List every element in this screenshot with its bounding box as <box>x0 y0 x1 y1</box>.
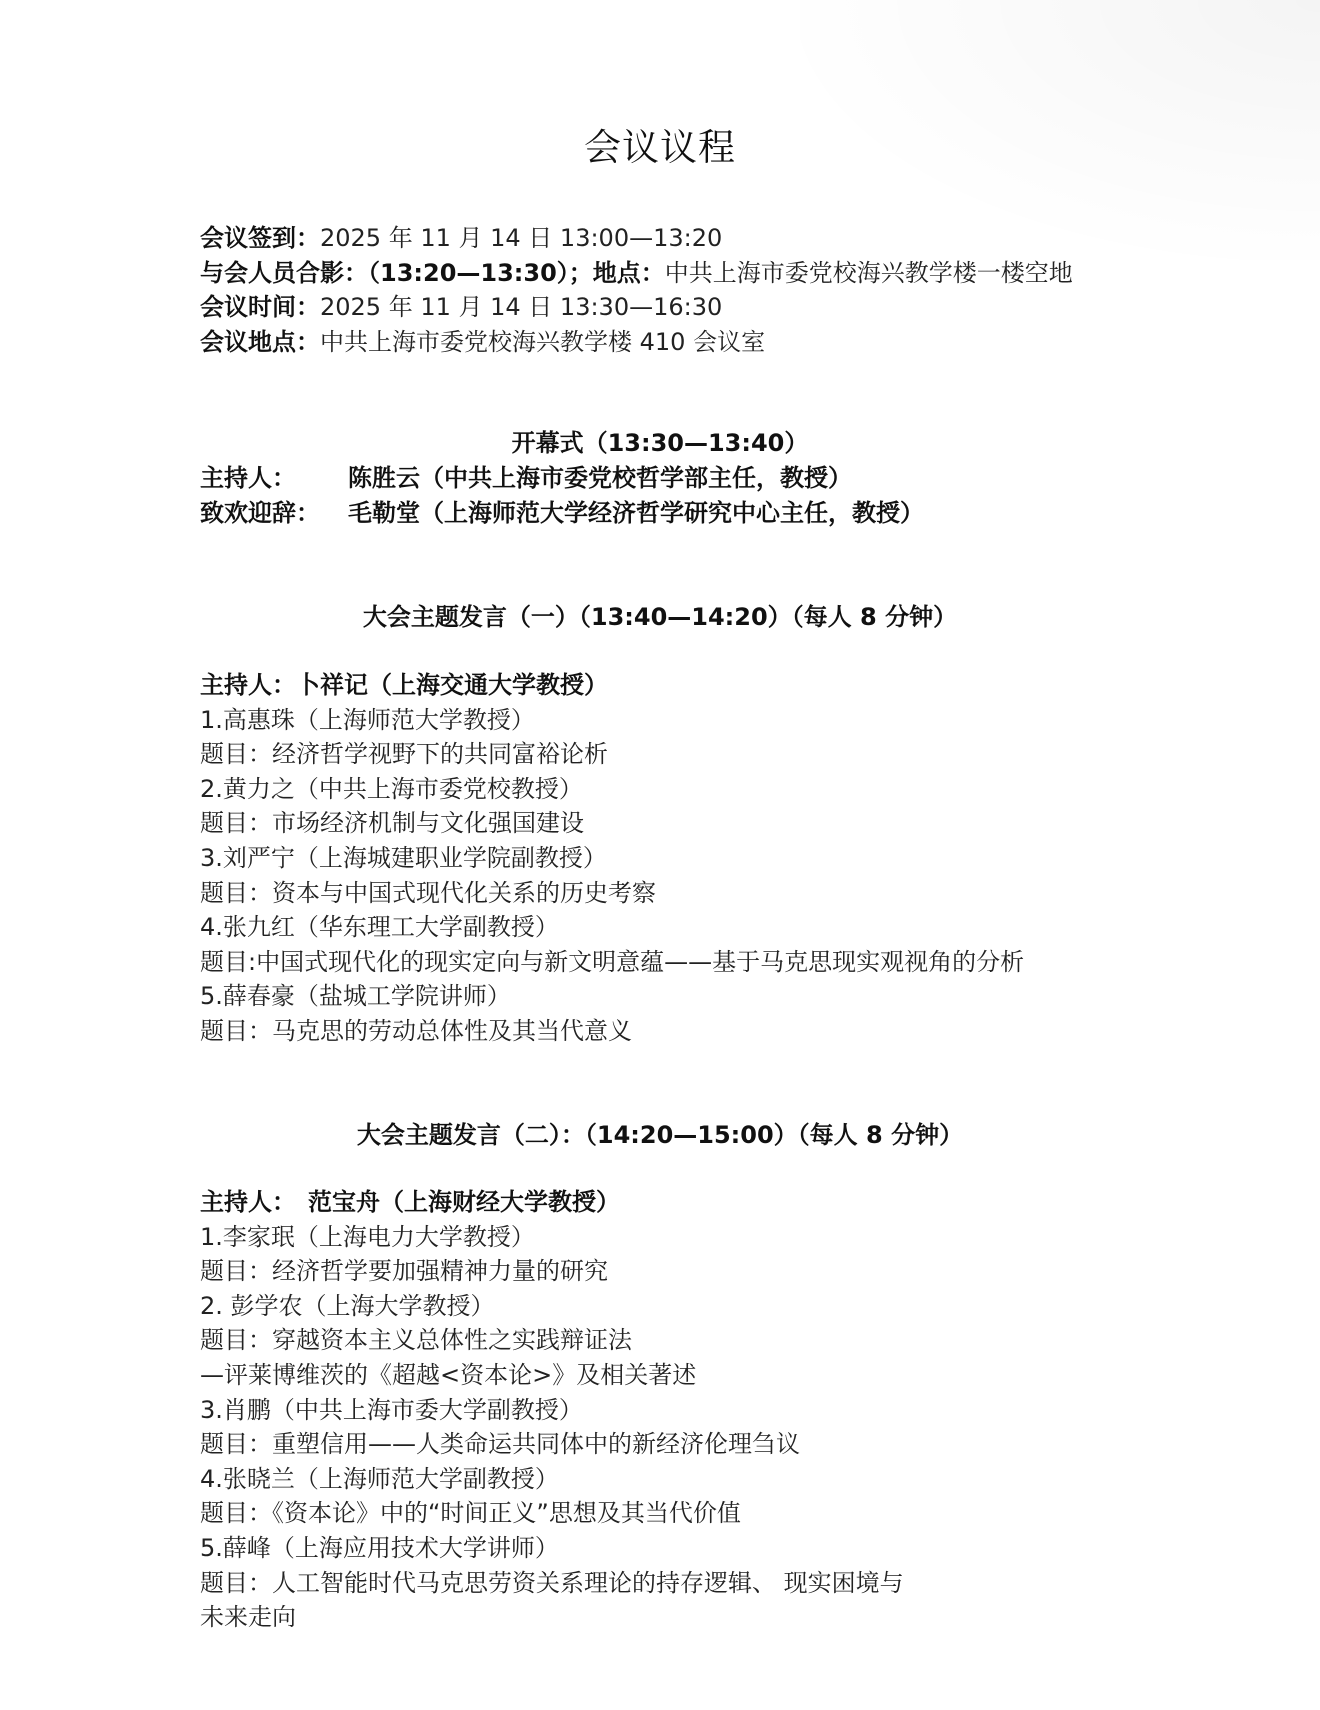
session-2-host: 主持人： 范宝舟（上海财经大学教授） <box>200 1185 1200 1220</box>
speaker-item: 2.黄力之（中共上海市委党校教授） <box>200 772 1200 807</box>
speaker-item: 5.薛峰（上海应用技术大学讲师） <box>200 1531 1200 1566</box>
agenda-document: 会议议程 会议签到：2025 年 11 月 14 日 13:00—13:20 与… <box>0 0 1320 1710</box>
speaker-topic: 题目：市场经济机制与文化强国建设 <box>200 806 1200 841</box>
info-meeting-location: 会议地点：中共上海市委党校海兴教学楼 410 会议室 <box>200 325 1200 360</box>
host-value: 陈胜云（中共上海市委党校哲学部主任，教授） <box>348 464 852 492</box>
speaker-topic: 题目：经济哲学要加强精神力量的研究 <box>200 1254 1200 1289</box>
speaker-topic: 题目：人工智能时代马克思劳资关系理论的持存逻辑、 现实困境与 <box>200 1566 1200 1601</box>
opening-host: 主持人：陈胜云（中共上海市委党校哲学部主任，教授） <box>200 461 1200 496</box>
info-group-photo: 与会人员合影：（13:20—13:30）；地点：中共上海市委党校海兴教学楼一楼空… <box>200 256 1200 291</box>
speaker-topic-continued: 未来走向 <box>200 1600 1200 1635</box>
info-label: 与会人员合影：（13:20—13:30）；地点： <box>200 259 665 287</box>
speaker-topic-continued: —评莱博维茨的《超越<资本论>》及相关著述 <box>200 1358 1200 1393</box>
welcome-label: 致欢迎辞： <box>200 496 348 531</box>
info-meeting-time: 会议时间：2025 年 11 月 14 日 13:30—16:30 <box>200 290 1200 325</box>
info-label: 会议签到： <box>200 224 320 252</box>
speaker-topic: 题目：穿越资本主义总体性之实践辩证法 <box>200 1323 1200 1358</box>
speaker-item: 4.张九红（华东理工大学副教授） <box>200 910 1200 945</box>
opening-details: 主持人：陈胜云（中共上海市委党校哲学部主任，教授） 致欢迎辞：毛勒堂（上海师范大… <box>200 461 1200 530</box>
speaker-item: 1.高惠珠（上海师范大学教授） <box>200 703 1200 738</box>
info-value: 2025 年 11 月 14 日 13:30—16:30 <box>320 293 722 321</box>
info-value: 中共上海市委党校海兴教学楼一楼空地 <box>665 259 1073 287</box>
session-1-heading: 大会主题发言（一）（13:40—14:20）（每人 8 分钟） <box>0 600 1320 634</box>
speaker-item: 3.刘严宁（上海城建职业学院副教授） <box>200 841 1200 876</box>
opening-heading: 开幕式（13:30—13:40） <box>0 426 1320 460</box>
session-1-host: 主持人：卜祥记（上海交通大学教授） <box>200 668 1200 703</box>
speaker-topic: 题目：重塑信用——人类命运共同体中的新经济伦理刍议 <box>200 1427 1200 1462</box>
page-title: 会议议程 <box>0 126 1320 170</box>
speaker-item: 1.李家珉（上海电力大学教授） <box>200 1220 1200 1255</box>
session-2-list: 主持人： 范宝舟（上海财经大学教授） 1.李家珉（上海电力大学教授） 题目：经济… <box>200 1185 1200 1635</box>
info-label: 会议时间： <box>200 293 320 321</box>
speaker-item: 2. 彭学农（上海大学教授） <box>200 1289 1200 1324</box>
host-label: 主持人： <box>200 461 348 496</box>
info-checkin: 会议签到：2025 年 11 月 14 日 13:00—13:20 <box>200 221 1200 256</box>
welcome-value: 毛勒堂（上海师范大学经济哲学研究中心主任，教授） <box>348 499 924 527</box>
speaker-item: 4.张晓兰（上海师范大学副教授） <box>200 1462 1200 1497</box>
speaker-topic: 题目：资本与中国式现代化关系的历史考察 <box>200 876 1200 911</box>
speaker-topic: 题目:中国式现代化的现实定向与新文明意蕴——基于马克思现实观视角的分析 <box>200 945 1200 980</box>
session-1-list: 主持人：卜祥记（上海交通大学教授） 1.高惠珠（上海师范大学教授） 题目：经济哲… <box>200 668 1200 1049</box>
speaker-topic: 题目：《资本论》中的“时间正义”思想及其当代价值 <box>200 1496 1200 1531</box>
speaker-item: 5.薛春豪（盐城工学院讲师） <box>200 979 1200 1014</box>
meeting-info: 会议签到：2025 年 11 月 14 日 13:00—13:20 与会人员合影… <box>200 221 1200 359</box>
session-2-heading: 大会主题发言（二）：（14:20—15:00）（每人 8 分钟） <box>0 1118 1320 1152</box>
info-label: 会议地点： <box>200 328 320 356</box>
speaker-topic: 题目：马克思的劳动总体性及其当代意义 <box>200 1014 1200 1049</box>
info-value: 中共上海市委党校海兴教学楼 410 会议室 <box>320 328 765 356</box>
speaker-item: 3.肖鹏（中共上海市委大学副教授） <box>200 1393 1200 1428</box>
speaker-topic: 题目：经济哲学视野下的共同富裕论析 <box>200 737 1200 772</box>
opening-welcome: 致欢迎辞：毛勒堂（上海师范大学经济哲学研究中心主任，教授） <box>200 496 1200 531</box>
info-value: 2025 年 11 月 14 日 13:00—13:20 <box>320 224 722 252</box>
